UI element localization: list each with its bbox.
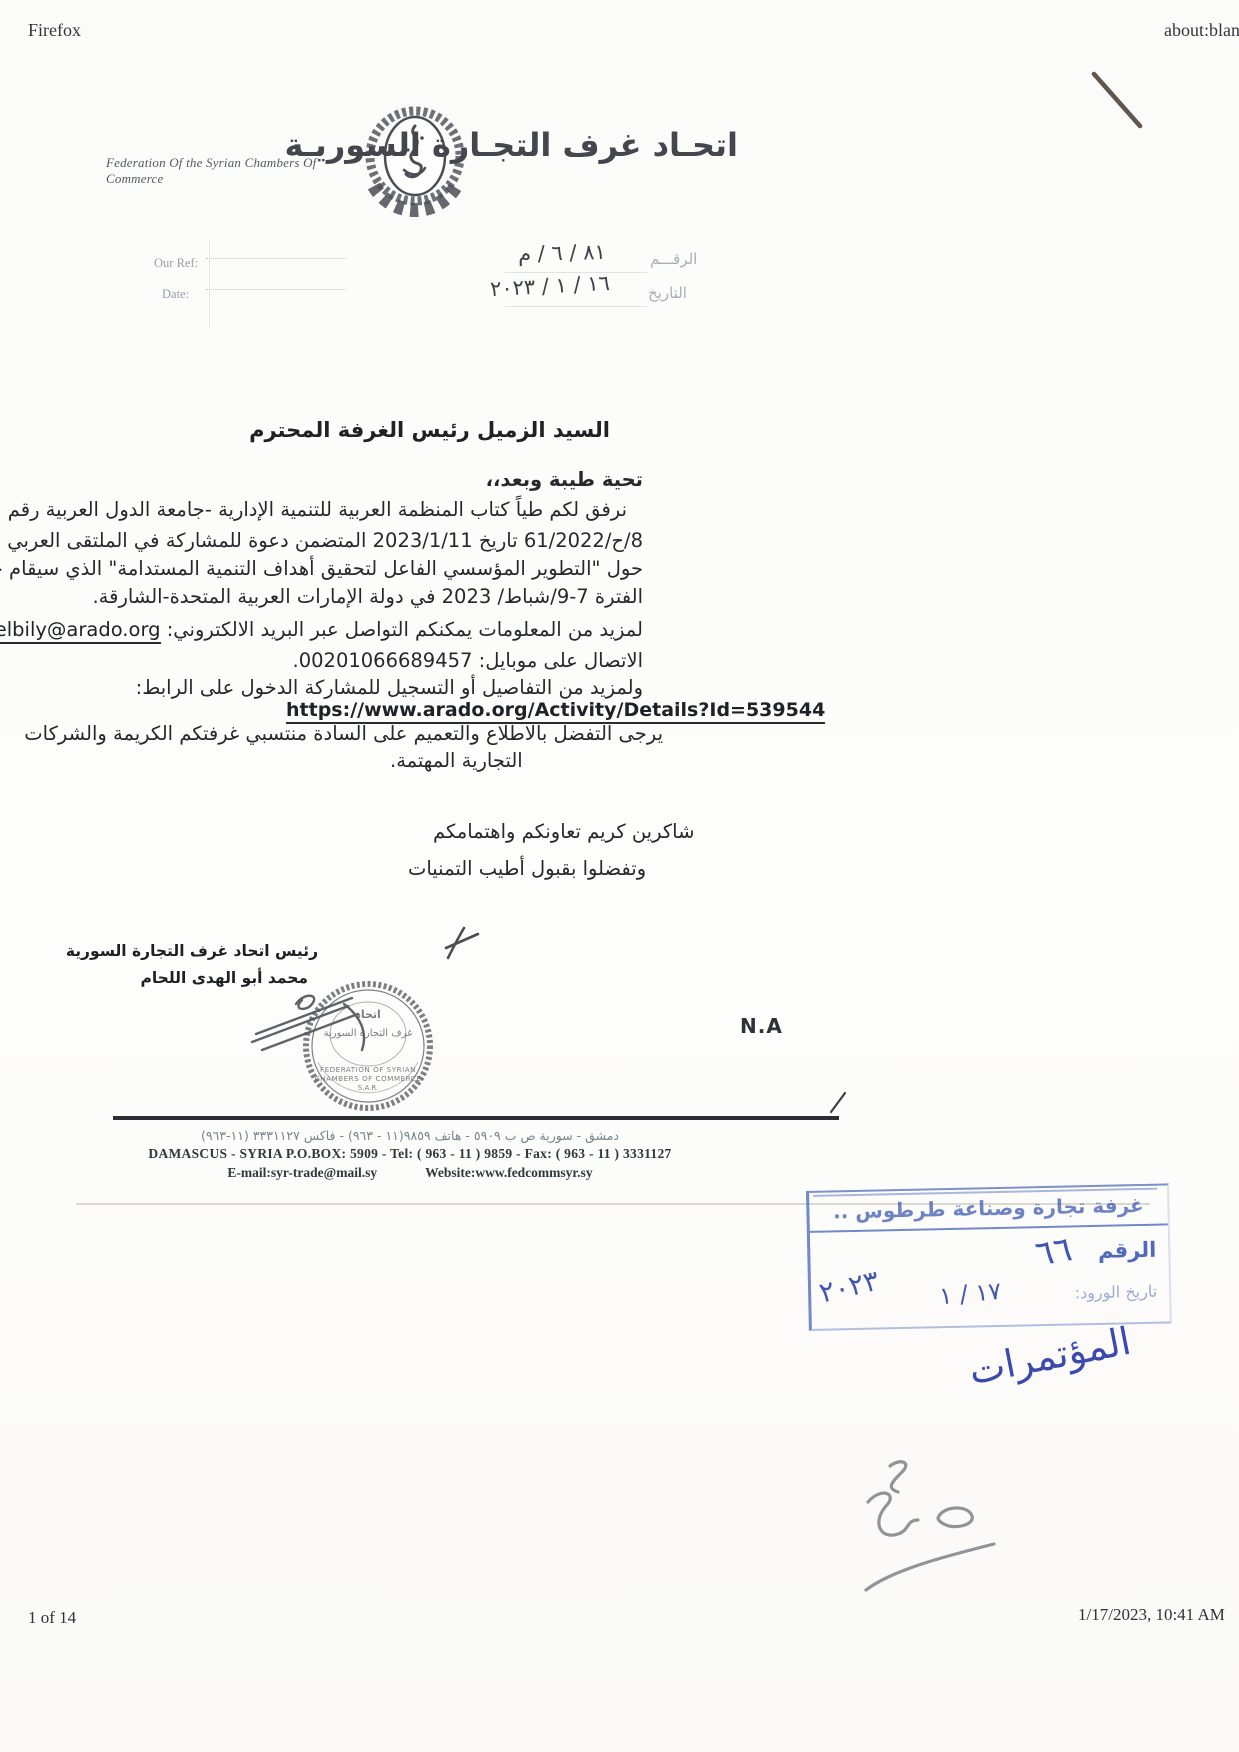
federation-seal-stamp: اتحاد غرف التجارة السورية FEDERATION OF … — [292, 978, 444, 1120]
footer-rule — [113, 1116, 839, 1120]
svg-text:اتحاد: اتحاد — [355, 1008, 381, 1021]
signature-x-mark — [446, 928, 478, 958]
our-ref-handwritten-value: ٨١ / ٦ / م — [518, 240, 606, 266]
initials-annotation: N.A — [740, 1014, 783, 1038]
paragraph1-line1: نرفق لكم طياً كتاب المنظمة العربية للتنم… — [8, 498, 627, 521]
date-label-arabic: التاريخ — [648, 284, 687, 302]
our-ref-line — [206, 245, 346, 259]
paragraph1-line4: الفترة 7-9/شباط/ 2023 في دولة الإمارات ا… — [92, 585, 643, 608]
paragraph1-line3: حول "التطوير المؤسسي الفاعل لتحقيق أهداف… — [0, 557, 643, 580]
contact-line-pre: لمزيد من المعلومات يمكنكم التواصل عبر ال… — [167, 618, 643, 641]
footer-address-english: DAMASCUS - SYRIA P.O.BOX: 5909 - Tel: ( … — [80, 1146, 740, 1162]
page-number-label: 1 of 14 — [28, 1608, 76, 1628]
received-number-label: الرقم — [1098, 1238, 1157, 1263]
received-date-value: ١٧ / ١ — [938, 1277, 1002, 1311]
our-ref-label: Our Ref: — [154, 256, 198, 271]
received-year-value: ٢٠٢٣ — [816, 1264, 882, 1310]
registration-link[interactable]: https://www.arado.org/Activity/Details?I… — [286, 699, 825, 724]
svg-text:غرف التجارة السورية: غرف التجارة السورية — [324, 1028, 413, 1039]
paragraph1-line2: 8/ح/61/2022 تاريخ 2023/1/11 المتضمن دعوة… — [0, 529, 643, 552]
received-stamp: غرفة تجارة وصناعة طرطوس .. الرقم ٦٦ تاري… — [806, 1183, 1172, 1331]
salutation: تحية طيبة وبعد،، — [486, 468, 643, 491]
paragraph3-line1: يرجى التفضل بالاطلاع والتعميم على السادة… — [24, 722, 663, 745]
routing-note-handwriting: المؤتمرات — [965, 1319, 1134, 1393]
footer-slash-mark — [831, 1093, 845, 1112]
signatory-title: رئيس اتحاد غرف التجارة السورية — [140, 942, 318, 960]
browser-url-label: about:blank — [1164, 20, 1239, 41]
pencil-signature-scribble — [866, 1462, 994, 1590]
received-stamp-title: غرفة تجارة وصناعة طرطوس .. — [809, 1192, 1168, 1232]
print-timestamp: 1/17/2023, 10:41 AM — [1078, 1605, 1225, 1625]
scanned-letter-page: Firefox about:blank 1 of 14 1/17/2023, 1… — [0, 0, 1239, 1752]
scan-artifact-line — [209, 240, 210, 328]
link-intro-line: ولمزيد من التفاصيل أو التسجيل للمشاركة ا… — [136, 676, 643, 699]
closing-line2: وتفضلوا بقبول أطيب التمنيات — [408, 857, 646, 880]
our-ref-label-arabic: الرقـــم — [650, 250, 697, 268]
contact-line: لمزيد من المعلومات يمكنكم التواصل عبر ال… — [0, 618, 643, 641]
svg-text:S.A.R.: S.A.R. — [358, 1084, 378, 1092]
mobile-line: الاتصال على موبايل: 00201066689457. — [293, 649, 643, 672]
footer-website: Website:www.fedcommsyr.sy — [425, 1165, 592, 1180]
signatory-name: محمد أبو الهدى اللحام — [150, 969, 308, 987]
org-name-arabic: اتحـاد غرف التجـارة السوريـة — [478, 126, 738, 164]
browser-app-label: Firefox — [28, 20, 81, 41]
pen-stroke-mark — [1094, 74, 1140, 126]
footer-address-arabic: دمشق - سورية ص ب ٥٩٠٩ - هاتف ٩٨٥٩(١١ - ٩… — [80, 1128, 740, 1143]
ref-underline — [505, 271, 647, 273]
received-number-value: ٦٦ — [1033, 1229, 1075, 1274]
footer-block: دمشق - سورية ص ب ٥٩٠٩ - هاتف ٩٨٥٩(١١ - ٩… — [80, 1128, 740, 1181]
recipient-line: السيد الزميل رئيس الغرفة المحترم — [290, 418, 610, 442]
footer-contact-line: E-mail:syr-trade@mail.syWebsite:www.fedc… — [80, 1165, 740, 1181]
date-line — [206, 276, 346, 290]
contact-email-link[interactable]: melbily@arado.org — [0, 618, 161, 644]
date-label: Date: — [162, 287, 189, 302]
paragraph3-line2: التجارية المهتمة. — [390, 749, 523, 772]
registration-link-line: https://www.arado.org/Activity/Details?I… — [286, 699, 825, 721]
date-underline — [505, 305, 647, 307]
received-date-label: تاريخ الورود: — [1075, 1282, 1158, 1303]
date-handwritten-value: ١٦ / ١ / ٢٠٢٣ — [489, 271, 610, 301]
footer-email: E-mail:syr-trade@mail.sy — [227, 1165, 377, 1180]
svg-text:CHAMBERS OF COMMERCE: CHAMBERS OF COMMERCE — [315, 1074, 422, 1083]
closing-line1: شاكرين كريم تعاونكم واهتمامكم — [433, 820, 694, 843]
svg-text:FEDERATION OF SYRIAN: FEDERATION OF SYRIAN — [320, 1065, 416, 1074]
